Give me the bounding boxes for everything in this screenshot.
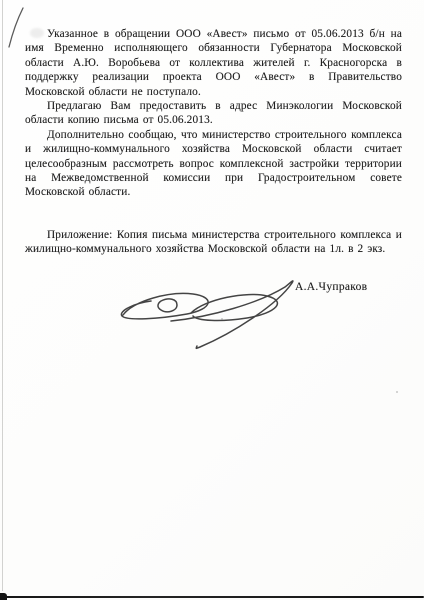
scan-bottom-edge xyxy=(0,596,424,598)
signature-block: А.А.Чупраков xyxy=(25,269,402,364)
attachment-note: Приложение: Копия письма министерства ст… xyxy=(25,228,402,257)
scan-speck xyxy=(396,391,398,393)
paragraph-3: Дополнительно сообщаю, что министерство … xyxy=(25,128,402,200)
scan-speck xyxy=(221,318,223,320)
paragraph-2: Предлагаю Вам предоставить в адрес Минэк… xyxy=(25,99,402,128)
signatory-name: А.А.Чупраков xyxy=(295,281,367,293)
scan-speck xyxy=(347,31,349,33)
scan-left-edge xyxy=(2,0,3,591)
letter-body: Указанное в обращении ООО «Авест» письмо… xyxy=(0,0,424,364)
scan-corner-blob xyxy=(0,593,7,600)
paragraph-1: Указанное в обращении ООО «Авест» письмо… xyxy=(25,27,402,99)
scanned-letter-page: Указанное в обращении ООО «Авест» письмо… xyxy=(0,0,424,600)
